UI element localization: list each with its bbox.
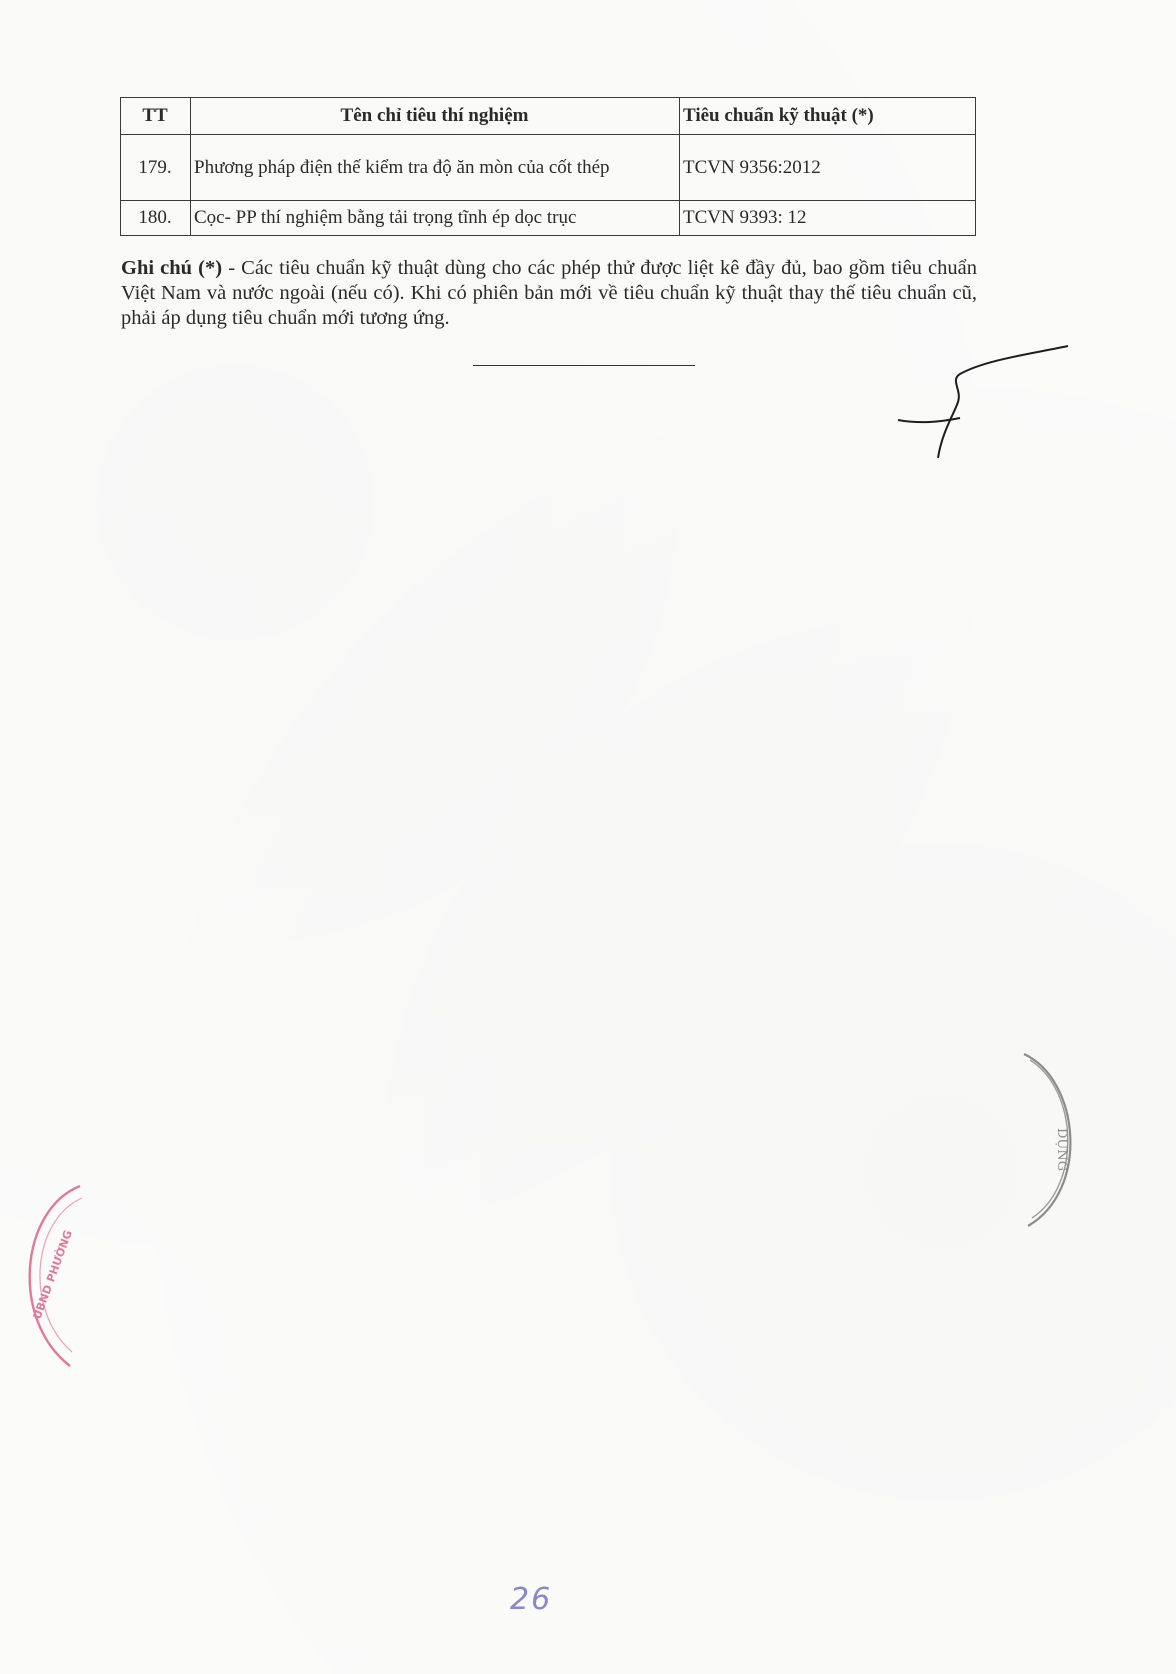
footnote-label: Ghi chú (*) xyxy=(121,257,222,279)
seal-stamp-left: UBND PHƯỜNG xyxy=(10,1180,100,1370)
header-test-name: Tên chỉ tiêu thí nghiệm xyxy=(191,98,680,135)
test-name: Cọc- PP thí nghiệm bằng tải trọng tĩnh é… xyxy=(191,201,680,236)
standard-code: TCVN 9356:2012 xyxy=(680,135,976,201)
table-header-row: TT Tên chỉ tiêu thí nghiệm Tiêu chuẩn kỹ… xyxy=(121,98,976,135)
header-tt: TT xyxy=(121,98,191,135)
header-standard: Tiêu chuẩn kỹ thuật (*) xyxy=(680,98,976,135)
footnote: Ghi chú (*) - Các tiêu chuẩn kỹ thuật dù… xyxy=(121,256,977,331)
row-number: 179. xyxy=(121,135,191,201)
signature-mark xyxy=(890,340,1070,460)
row-number: 180. xyxy=(121,201,191,236)
stamp-left-text: UBND PHƯỜNG xyxy=(31,1228,75,1321)
stamp-right-text: DỰNG xyxy=(1054,1128,1069,1171)
table-row: 179. Phương pháp điện thế kiểm tra độ ăn… xyxy=(121,135,976,201)
test-name: Phương pháp điện thế kiểm tra độ ăn mòn … xyxy=(191,135,680,201)
footnote-text: - Các tiêu chuẩn kỹ thuật dùng cho các p… xyxy=(121,257,977,329)
page-background xyxy=(0,0,1176,1674)
seal-stamp-right: DỰNG xyxy=(1020,1050,1100,1230)
standard-code: TCVN 9393: 12 xyxy=(680,201,976,236)
table-row: 180. Cọc- PP thí nghiệm bằng tải trọng t… xyxy=(121,201,976,236)
standards-table: TT Tên chỉ tiêu thí nghiệm Tiêu chuẩn kỹ… xyxy=(120,97,976,236)
section-divider xyxy=(473,365,695,366)
page-number: 26 xyxy=(510,1582,552,1617)
